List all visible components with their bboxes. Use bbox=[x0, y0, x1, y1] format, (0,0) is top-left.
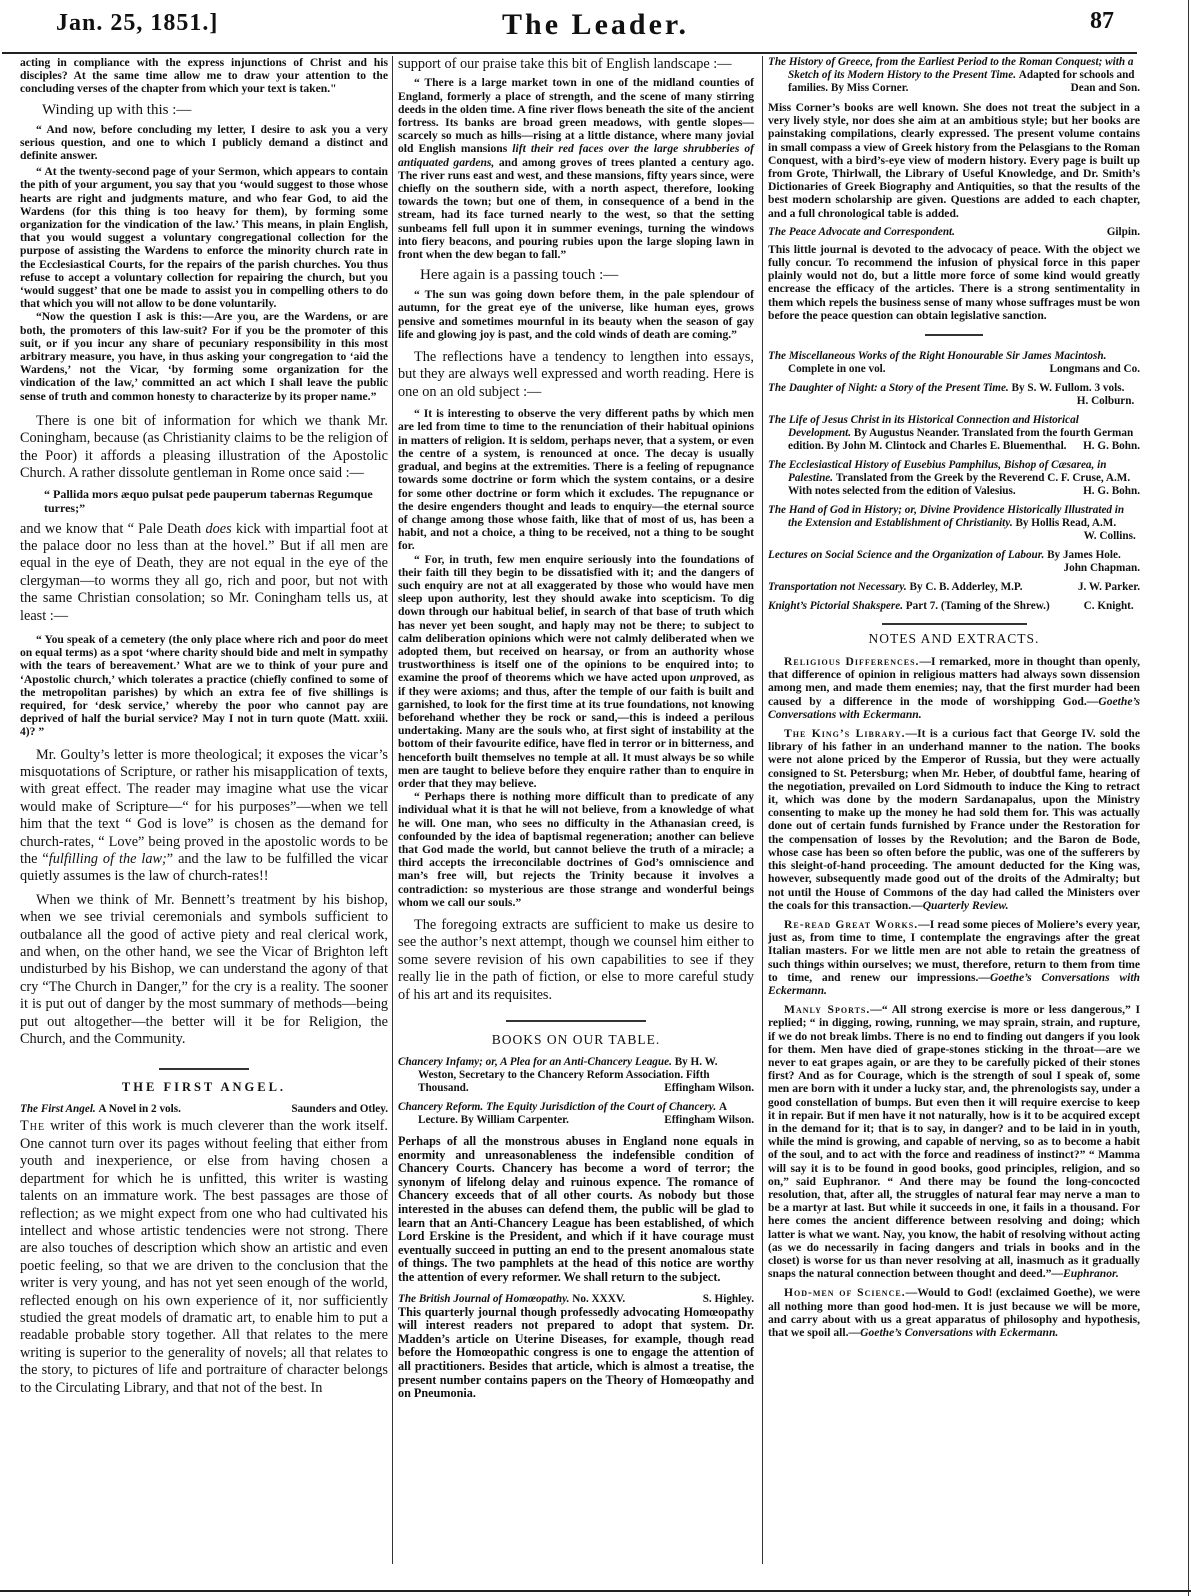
quote-paragraph: “Now the question I ask is this:—Are you… bbox=[20, 310, 388, 402]
book-entry: The Life of Jesus Christ in its Historic… bbox=[768, 414, 1140, 453]
paragraph: acting in compliance with the express in… bbox=[20, 56, 388, 96]
note-source: Goethe’s Conversations with Eckermann. bbox=[860, 1326, 1058, 1339]
note-paragraph: The King’s Library.—It is a curious fact… bbox=[768, 727, 1140, 912]
book-publisher: Saunders and Otley. bbox=[291, 1103, 388, 1116]
note-heading: Re-read Great Works. bbox=[784, 918, 918, 931]
note-source: Quarterly Review. bbox=[923, 899, 1009, 912]
book-entry: Chancery Reform. The Equity Jurisdiction… bbox=[398, 1101, 754, 1127]
book-entry: The Daughter of Night: a Story of the Pr… bbox=[768, 382, 1140, 408]
quote-paragraph: “ There is a large market town in one of… bbox=[398, 76, 754, 261]
newspaper-title: The Leader. bbox=[0, 8, 1191, 42]
paragraph: There is one bit of information for whic… bbox=[20, 413, 388, 483]
paragraph: The foregoing extracts are sufficient to… bbox=[398, 917, 754, 1004]
header-rule bbox=[2, 52, 1137, 54]
note-heading: The King’s Library. bbox=[784, 727, 906, 740]
book-entry: The Peace Advocate and Correspondent. Gi… bbox=[768, 226, 1140, 239]
latin-verse: “ Pallida mors æquo pulsat pede pauperum… bbox=[44, 487, 388, 515]
section-divider bbox=[882, 623, 1027, 625]
column-divider bbox=[392, 56, 393, 1564]
review-paragraph: Miss Corner’s books are well known. She … bbox=[768, 101, 1140, 220]
note-heading: Hod-men of Science. bbox=[784, 1286, 906, 1299]
book-entry: The Hand of God in History; or, Divine P… bbox=[768, 504, 1140, 543]
column-1: acting in compliance with the express in… bbox=[20, 56, 388, 1397]
note-heading: Religious Differences. bbox=[784, 655, 919, 668]
note-paragraph: Religious Differences.—I remarked, more … bbox=[768, 655, 1140, 721]
footer-rule bbox=[0, 1590, 1191, 1592]
book-entry: The First Angel. A Novel in 2 vols. Saun… bbox=[20, 1103, 388, 1116]
quote-paragraph: “ Perhaps there is nothing more difficul… bbox=[398, 790, 754, 909]
review-paragraph: This quarterly journal though professedl… bbox=[398, 1306, 754, 1401]
column-3: The History of Greece, from the Earliest… bbox=[768, 56, 1140, 1339]
note-source: Euphranor. bbox=[1063, 1267, 1119, 1280]
book-entry: The History of Greece, from the Earliest… bbox=[768, 56, 1140, 95]
section-divider bbox=[506, 1020, 646, 1022]
book-entry: Lectures on Social Science and the Organ… bbox=[768, 549, 1140, 575]
note-paragraph: Hod-men of Science.—Would to God! (excla… bbox=[768, 1286, 1140, 1339]
lead-in: Winding up with this :— bbox=[42, 101, 388, 119]
note-paragraph: Re-read Great Works.—I read some pieces … bbox=[768, 918, 1140, 997]
paragraph: When we think of Mr. Bennett’s treatment… bbox=[20, 892, 388, 1049]
book-title: The First Angel. bbox=[20, 1103, 96, 1115]
masthead: Jan. 25, 1851.] The Leader. 87 bbox=[0, 0, 1191, 52]
section-heading: BOOKS ON OUR TABLE. bbox=[398, 1032, 754, 1048]
page-edge bbox=[1188, 0, 1189, 1596]
section-divider bbox=[159, 1068, 249, 1070]
note-paragraph: Manly Sports.—“ All strong exercise is m… bbox=[768, 1003, 1140, 1280]
book-entry: Transportation not Necessary. By C. B. A… bbox=[768, 581, 1140, 594]
quote-paragraph: “ For, in truth, few men enquire serious… bbox=[398, 553, 754, 791]
section-divider bbox=[925, 334, 983, 336]
column-divider bbox=[762, 56, 763, 1564]
paragraph: Mr. Goulty’s letter is more theological;… bbox=[20, 747, 388, 886]
paragraph: and we know that “ Pale Death does kick … bbox=[20, 521, 388, 625]
paragraph: support of our praise take this bit of E… bbox=[398, 56, 754, 73]
note-heading: Manly Sports. bbox=[784, 1003, 870, 1016]
drop-cap: The bbox=[20, 1118, 45, 1134]
column-2: support of our praise take this bit of E… bbox=[398, 56, 754, 1401]
lead-in: Here again is a passing touch :— bbox=[420, 266, 754, 284]
section-heading: THE FIRST ANGEL. bbox=[20, 1080, 388, 1095]
book-entry: The Miscellaneous Works of the Right Hon… bbox=[768, 350, 1140, 376]
quote-paragraph: “ And now, before concluding my letter, … bbox=[20, 123, 388, 163]
review-paragraph: Perhaps of all the monstrous abuses in E… bbox=[398, 1135, 754, 1285]
page-number: 87 bbox=[1090, 8, 1114, 35]
quote-paragraph: “ It is interesting to observe the very … bbox=[398, 407, 754, 552]
review-paragraph: This little journal is devoted to the ad… bbox=[768, 243, 1140, 322]
section-heading: NOTES AND EXTRACTS. bbox=[768, 631, 1140, 647]
book-description: A Novel in 2 vols. bbox=[99, 1103, 181, 1115]
review-paragraph: The writer of this work is much cleverer… bbox=[20, 1118, 388, 1397]
quote-paragraph: “ At the twenty-second page of your Serm… bbox=[20, 165, 388, 310]
book-entry: The Ecclesiastical History of Eusebius P… bbox=[768, 459, 1140, 498]
quote-paragraph: “ You speak of a cemetery (the only plac… bbox=[20, 633, 388, 739]
book-entry: Chancery Infamy; or, A Plea for an Anti-… bbox=[398, 1056, 754, 1095]
journal-entry: The British Journal of Homœopathy. No. X… bbox=[398, 1293, 754, 1306]
book-entry: Knight’s Pictorial Shakspere. Part 7. (T… bbox=[768, 600, 1140, 613]
quote-paragraph: “ The sun was going down before them, in… bbox=[398, 288, 754, 341]
paragraph: The reflections have a tendency to lengt… bbox=[398, 349, 754, 401]
